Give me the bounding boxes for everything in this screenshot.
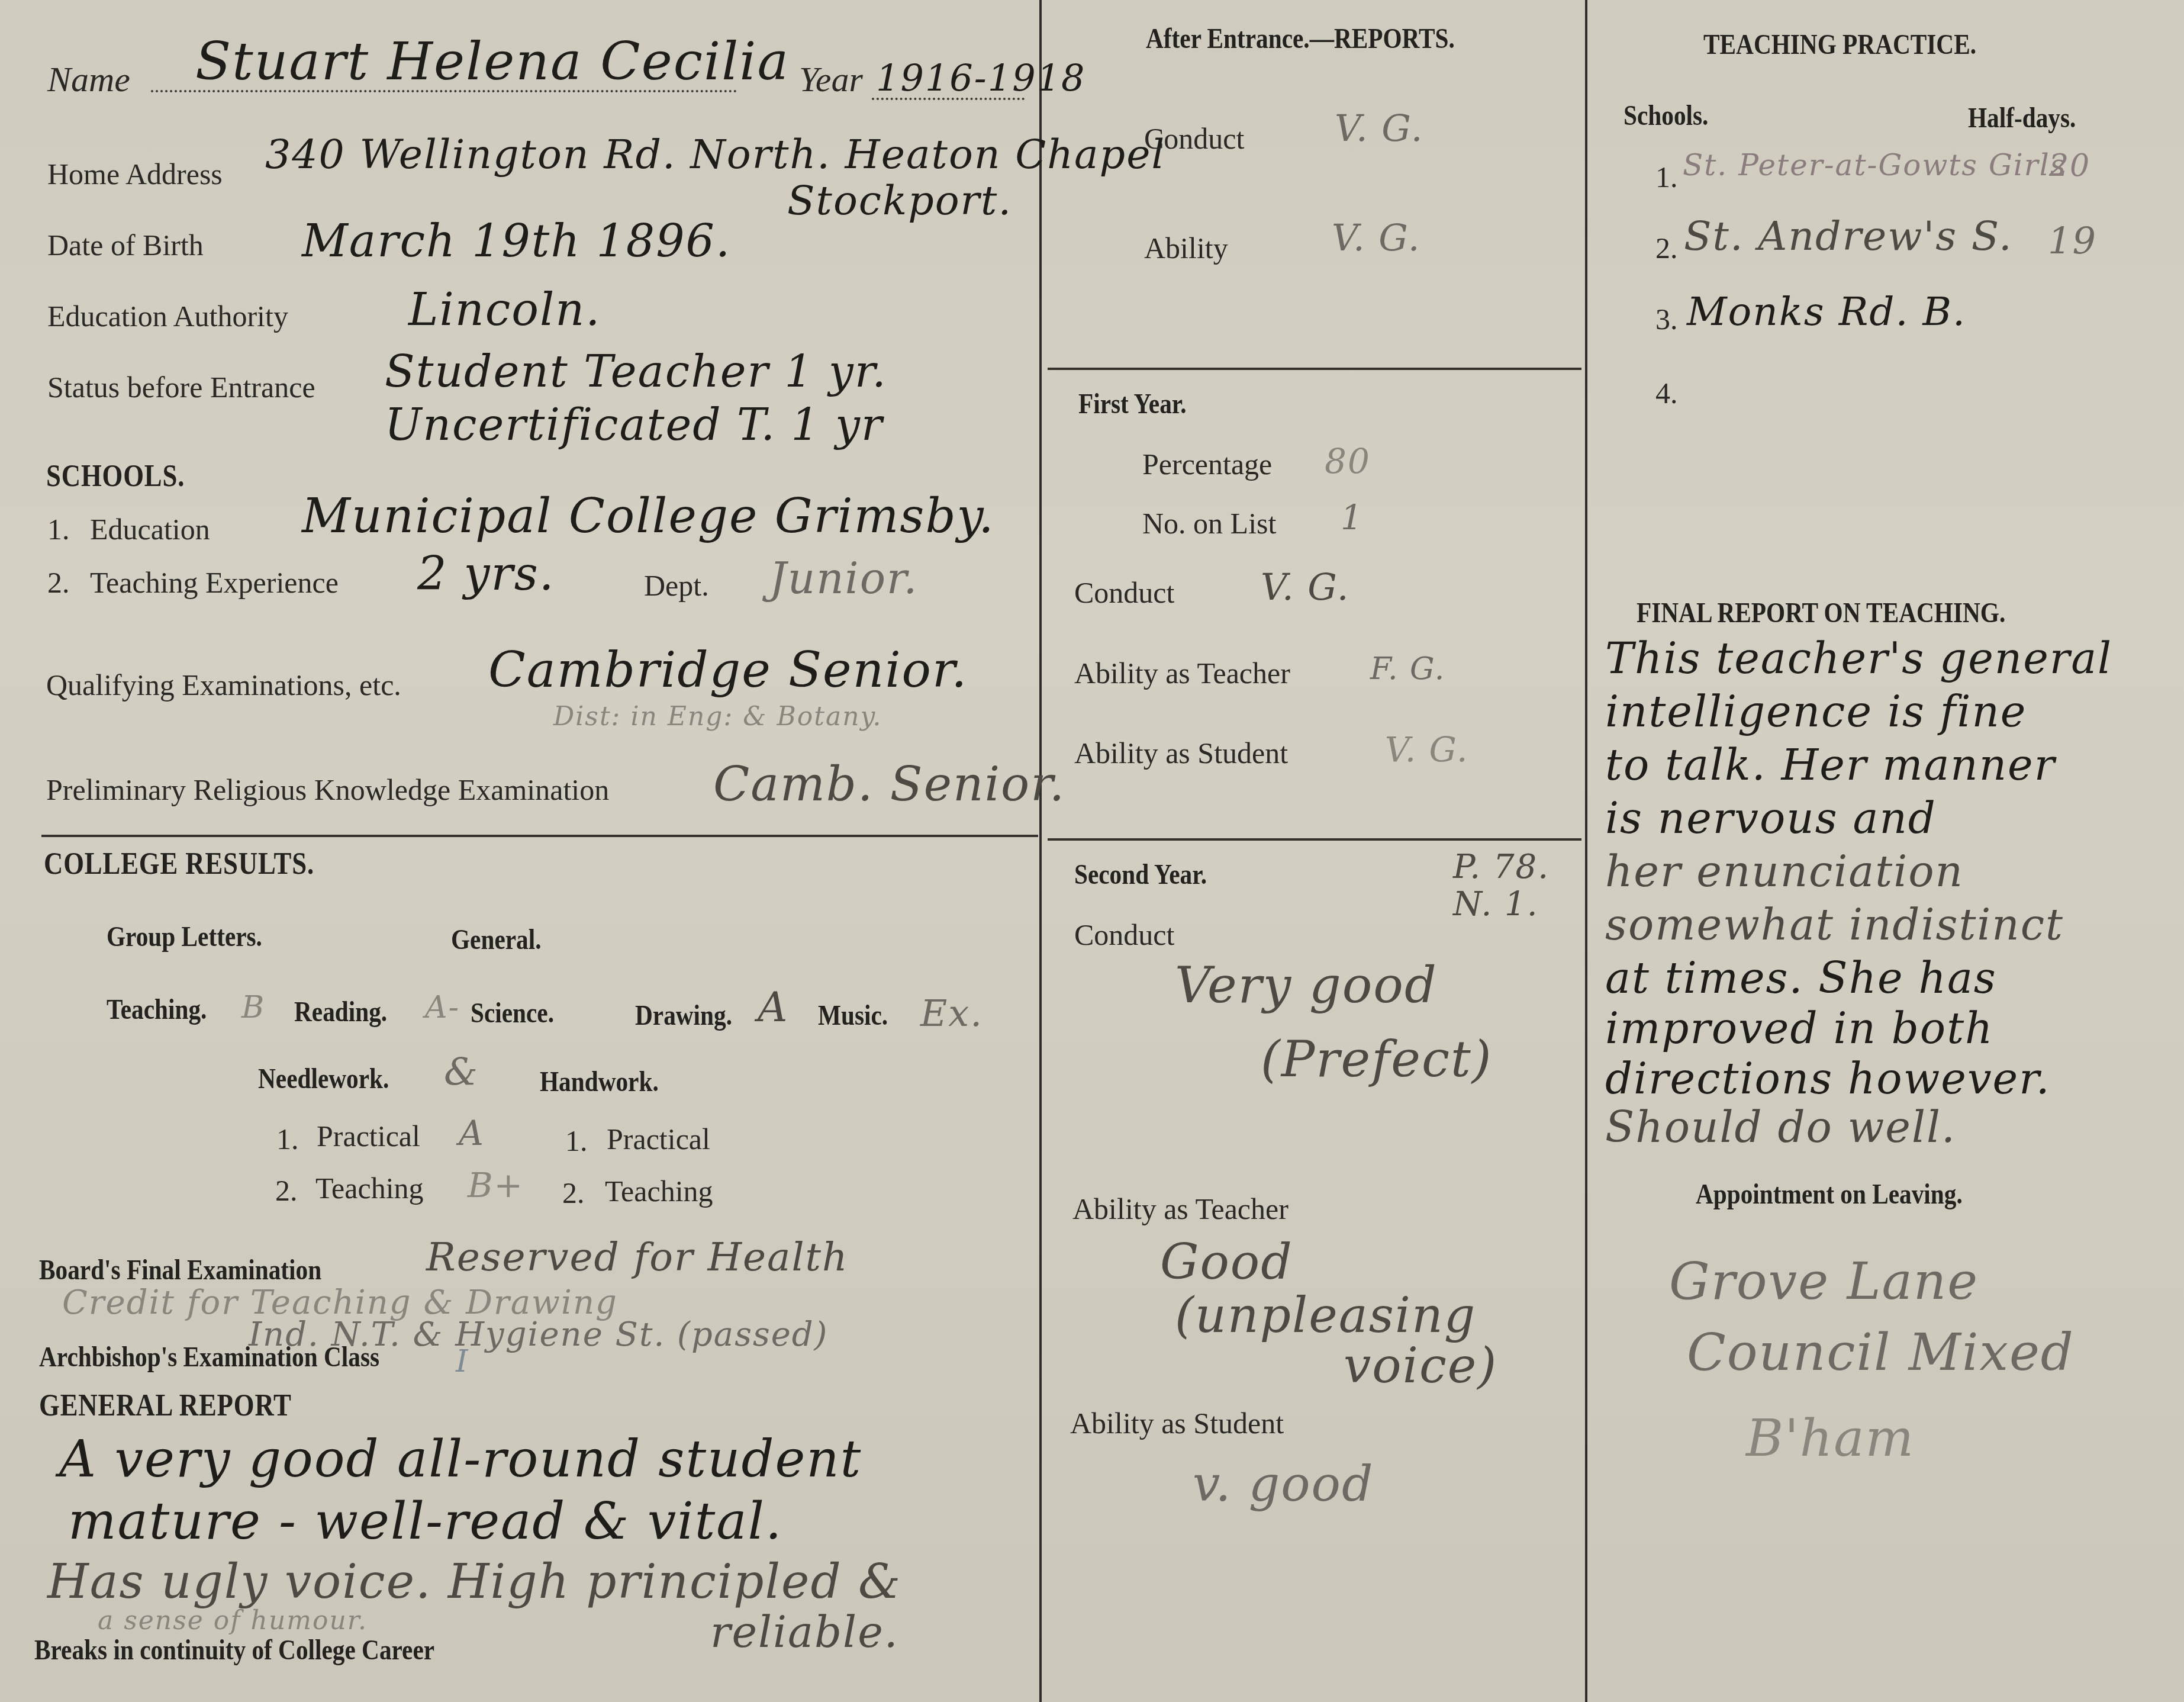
qualifying-examinations-label: Qualifying Examinations, etc. <box>46 668 401 702</box>
name-label: Name <box>47 59 130 100</box>
second-year-teacher-line1: Good <box>1160 1234 1293 1291</box>
boards-final-examination-label: Board's Final Examination <box>39 1254 321 1286</box>
handwork-practical-number: 1. <box>565 1124 588 1158</box>
general-report-heading: GENERAL REPORT <box>39 1388 292 1423</box>
teaching-practice-row-number: 1. <box>1655 160 1678 194</box>
appointment-line2: Council Mixed <box>1687 1323 2075 1382</box>
boards-final-examination-value: Reserved for Health <box>426 1234 849 1280</box>
second-year-conduct-label: Conduct <box>1074 918 1174 952</box>
home-address-line1: 340 Wellington Rd. North. Heaton Chapel <box>265 131 1165 178</box>
no-on-list-value: 1 <box>1341 497 1364 538</box>
second-year-teacher-line2: (unpleasing <box>1175 1288 1476 1344</box>
teaching-practice-row-number: 3. <box>1655 302 1678 336</box>
first-year-teacher-value: F. G. <box>1370 651 1445 687</box>
schools-education-value: Municipal College Grimsby. <box>302 488 995 543</box>
teaching-experience-value: 2 yrs. <box>417 548 555 601</box>
final-report-line: somewhat indistinct <box>1605 900 2064 950</box>
no-on-list-label: No. on List <box>1142 506 1276 540</box>
breaks-in-continuity-label: Breaks in continuity of College Career <box>34 1634 434 1666</box>
education-authority-label: Education Authority <box>47 299 288 333</box>
rule-first-year <box>1048 368 1581 370</box>
status-line2: Uncertificated T. 1 yr <box>385 400 883 451</box>
qualifying-examinations-value: Cambridge Senior. <box>488 642 968 699</box>
after-entrance-conduct-label: Conduct <box>1144 121 1244 156</box>
general-report-line3: Has ugly voice. High principled & <box>47 1554 901 1609</box>
final-report-heading: FINAL REPORT ON TEACHING. <box>1637 597 2005 629</box>
final-report-line: is nervous and <box>1605 793 1937 843</box>
handwork-practical-label: Practical <box>607 1122 710 1156</box>
dept-value: Junior. <box>769 554 918 603</box>
general-report-note: a sense of humour. <box>98 1606 368 1636</box>
second-year-list-note: N. 1. <box>1453 885 1538 924</box>
general-report-line1: A very good all-round student <box>59 1430 862 1489</box>
general-label: General. <box>451 924 541 956</box>
second-year-heading: Second Year. <box>1074 858 1207 891</box>
first-year-teacher-label: Ability as Teacher <box>1074 656 1290 690</box>
first-year-conduct-label: Conduct <box>1074 575 1174 610</box>
group-letters-label: Group Letters. <box>107 921 262 953</box>
second-year-student-label: Ability as Student <box>1070 1406 1284 1440</box>
schools-education-label: Education <box>90 512 210 546</box>
appointment-line1: Grove Lane <box>1669 1252 1979 1311</box>
handwork-label: Handwork. <box>540 1066 659 1098</box>
teaching-practice-heading: TEACHING PRACTICE. <box>1703 28 1976 61</box>
teaching-practice-row-school: St. Andrew's S. <box>1684 213 2013 260</box>
home-address-label: Home Address <box>47 157 223 191</box>
final-report-line: directions however. <box>1605 1054 2051 1103</box>
general-report-line4: reliable. <box>710 1607 899 1657</box>
teaching-practice-row-school: Monks Rd. B. <box>1687 289 1966 334</box>
second-year-teacher-line3: voice) <box>1344 1338 1497 1394</box>
teaching-practice-row-number: 4. <box>1655 376 1678 410</box>
second-year-conduct-line1: Very good <box>1175 956 1438 1014</box>
group-science-label: Science. <box>471 997 554 1029</box>
education-authority-value: Lincoln. <box>408 283 601 336</box>
final-report-line: intelligence is fine <box>1605 687 2027 736</box>
final-report-line: This teacher's general <box>1605 633 2112 683</box>
rule-college-results <box>41 835 1038 837</box>
needlework-practical-number: 1. <box>276 1122 299 1156</box>
schools-education-number: 1. <box>47 512 70 546</box>
teaching-practice-row-school: St. Peter-at-Gowts Girls <box>1683 148 2066 182</box>
second-year-teacher-label: Ability as Teacher <box>1072 1192 1289 1226</box>
teaching-practice-row-number: 2. <box>1655 231 1678 265</box>
handwork-teaching-number: 2. <box>562 1176 585 1210</box>
schools-heading: SCHOOLS. <box>46 459 185 494</box>
preliminary-religious-knowledge-value: Camb. Senior. <box>713 757 1065 812</box>
archbishops-examination-class-value: I <box>456 1344 469 1379</box>
status-before-entrance-label: Status before Entrance <box>47 370 315 404</box>
general-drawing-label: Drawing. <box>635 999 732 1032</box>
college-results-heading: COLLEGE RESULTS. <box>44 847 314 881</box>
final-report-line: at times. She has <box>1605 953 1997 1003</box>
final-report-line: improved in both <box>1605 1003 1993 1053</box>
teaching-practice-row-halfdays: 20 <box>2049 148 2090 184</box>
teaching-practice-schools-label: Schools. <box>1623 99 1708 132</box>
final-report-line: Should do well. <box>1605 1102 1956 1152</box>
general-music-value: Ex. <box>920 992 983 1035</box>
needlework-teaching-value: B+ <box>468 1165 524 1205</box>
appointment-line3: B'ham <box>1746 1409 1915 1468</box>
first-year-student-value: V. G. <box>1385 729 1468 770</box>
general-report-line2: mature - well-read & vital. <box>68 1492 782 1551</box>
group-reading-value: A- <box>425 990 460 1025</box>
first-year-student-label: Ability as Student <box>1074 736 1288 770</box>
column-divider-left <box>1039 0 1042 1702</box>
year-value: 1916-1918 <box>876 56 1086 99</box>
second-year-student-value: v. good <box>1193 1456 1374 1513</box>
group-reading-label: Reading. <box>294 996 387 1028</box>
name-value: Stuart Helena Cecilia <box>195 31 790 92</box>
archbishops-examination-label: Archbishop's Examination Class <box>39 1341 379 1373</box>
group-teaching-label: Teaching. <box>107 993 207 1026</box>
final-report-line: her enunciation <box>1605 847 1964 896</box>
group-teaching-value: B <box>241 990 265 1025</box>
after-entrance-ability-value: V. G. <box>1332 216 1420 259</box>
needlework-teaching-label: Teaching <box>315 1171 424 1205</box>
qualifying-examinations-note: Dist: in Eng: & Botany. <box>553 702 882 732</box>
teaching-practice-halfdays-label: Half-days. <box>1968 102 2076 134</box>
needlework-value: & <box>444 1051 479 1095</box>
needlework-practical-value: A <box>459 1113 485 1153</box>
after-entrance-ability-label: Ability <box>1144 231 1228 265</box>
year-label: Year <box>799 59 863 100</box>
date-of-birth-label: Date of Birth <box>47 228 204 262</box>
second-year-percentage-note: P. 78. <box>1453 848 1550 886</box>
status-line1: Student Teacher 1 yr. <box>385 346 887 397</box>
percentage-label: Percentage <box>1142 447 1272 481</box>
rule-second-year <box>1048 838 1581 841</box>
general-drawing-value: A <box>758 983 789 1031</box>
needlework-practical-label: Practical <box>317 1119 420 1153</box>
handwork-teaching-label: Teaching <box>605 1174 713 1208</box>
after-entrance-conduct-value: V. G. <box>1335 107 1423 150</box>
second-year-conduct-line2: (Prefect) <box>1261 1030 1493 1088</box>
final-report-line: to talk. Her manner <box>1605 740 2056 790</box>
needlework-teaching-number: 2. <box>275 1173 298 1208</box>
column-divider-right <box>1585 0 1587 1702</box>
after-entrance-heading: After Entrance.—REPORTS. <box>1146 22 1455 55</box>
preliminary-religious-knowledge-label: Preliminary Religious Knowledge Examinat… <box>46 773 609 807</box>
first-year-heading: First Year. <box>1078 388 1187 420</box>
schools-teaching-number: 2. <box>47 565 70 600</box>
home-address-line2: Stockport. <box>787 178 1012 224</box>
dept-label: Dept. <box>644 568 709 603</box>
teaching-experience-label: Teaching Experience <box>90 565 339 600</box>
percentage-value: 80 <box>1325 441 1371 481</box>
needlework-label: Needlework. <box>258 1063 389 1095</box>
appointment-heading: Appointment on Leaving. <box>1696 1178 1963 1211</box>
general-music-label: Music. <box>818 999 888 1032</box>
date-of-birth-value: March 19th 1896. <box>302 214 731 267</box>
teaching-practice-row-halfdays: 19 <box>2048 219 2097 262</box>
first-year-conduct-value: V. G. <box>1261 565 1349 609</box>
